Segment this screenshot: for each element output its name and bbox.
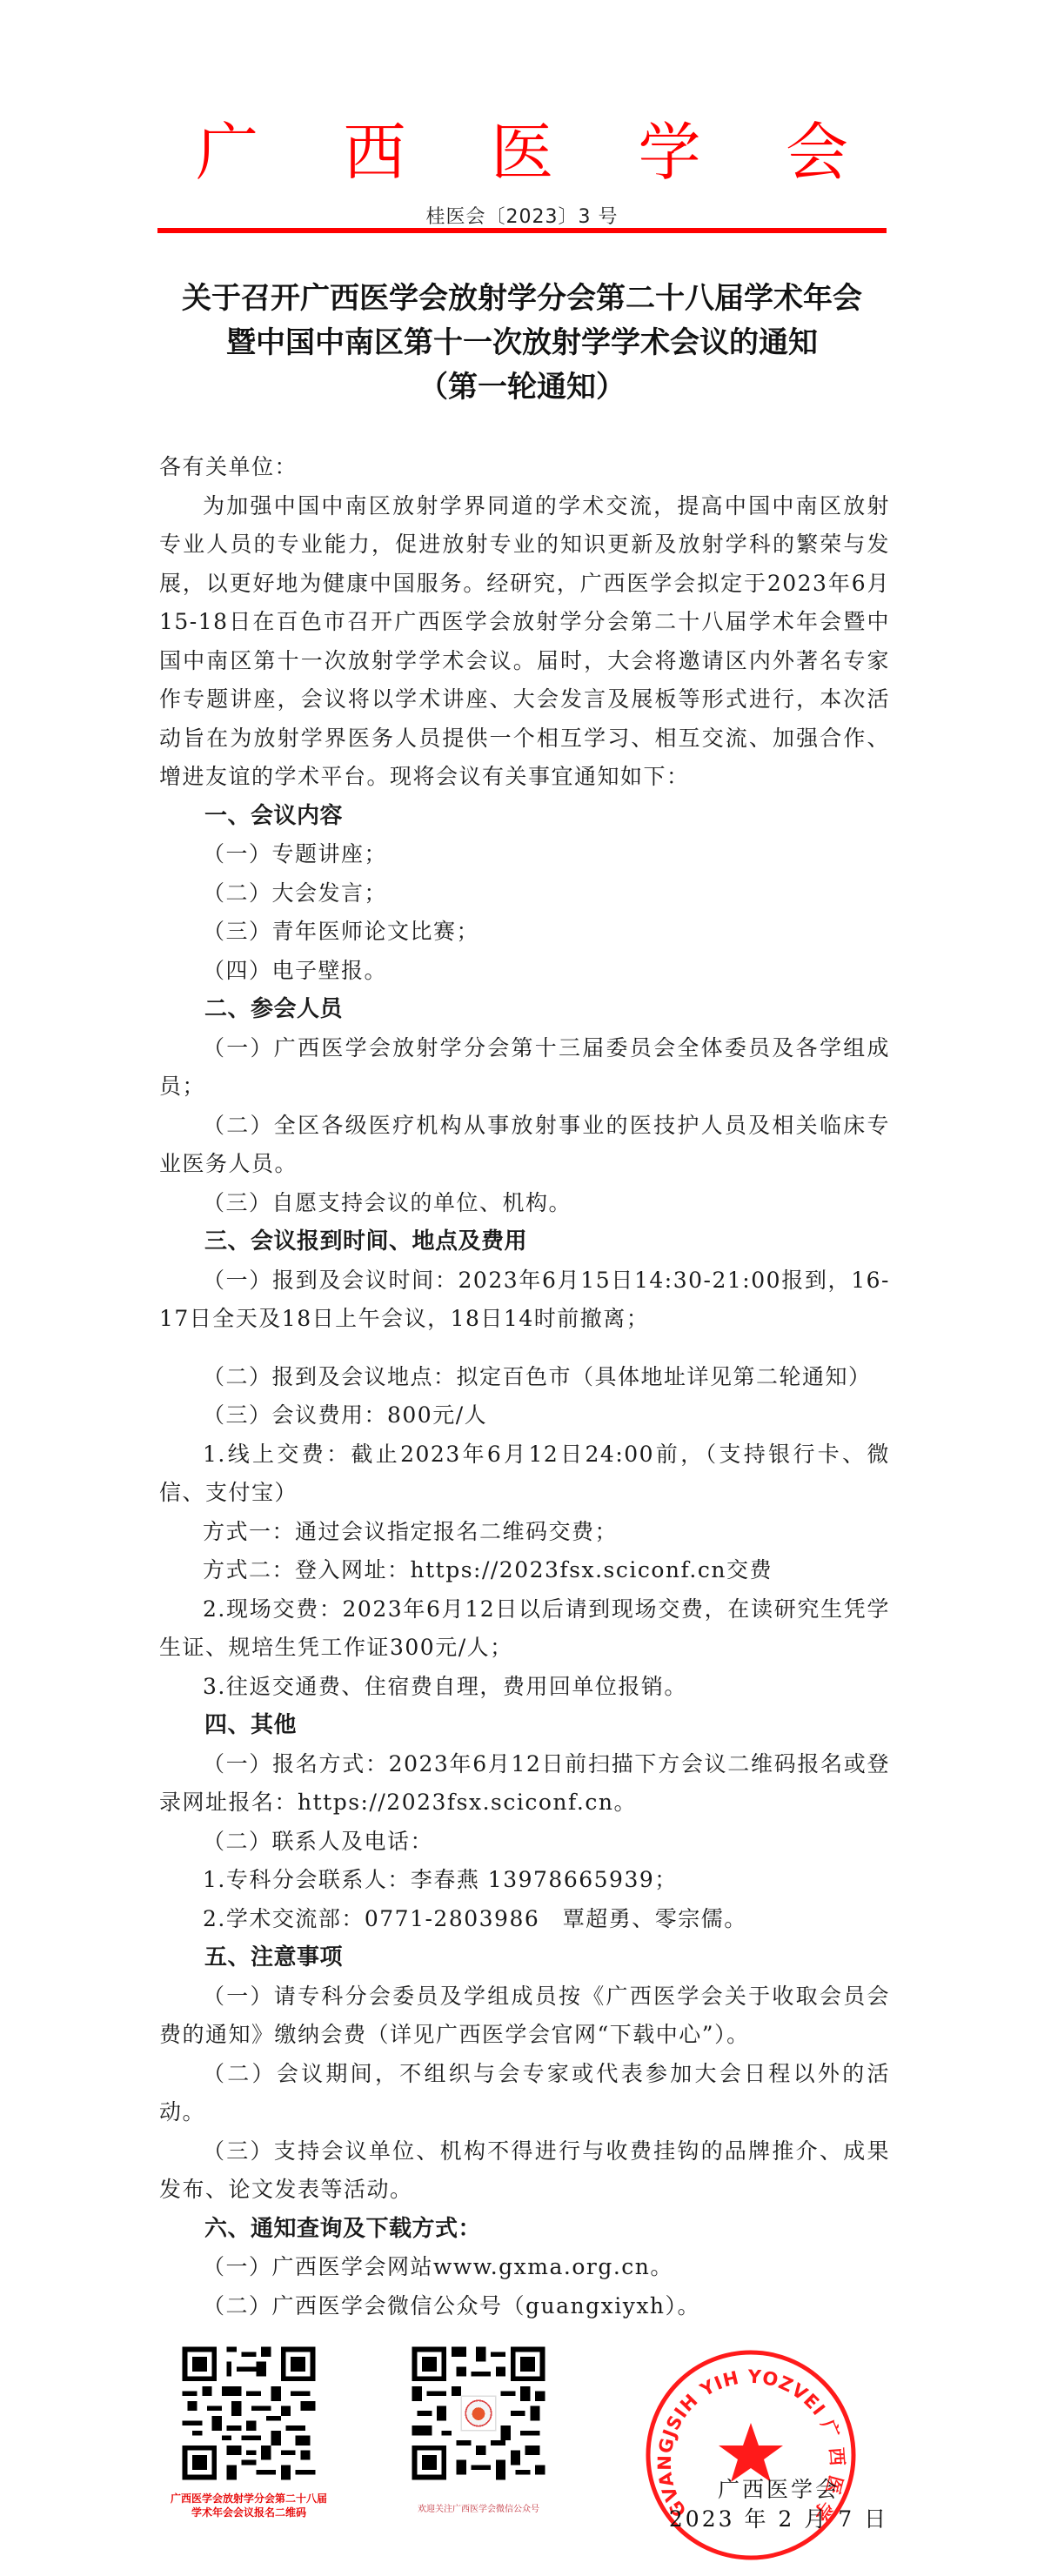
payment-url-line[interactable]: 方式二：登入网址：https://2023fsx.sciconf.cn交费	[159, 1551, 890, 1590]
section-heading-4: 四、其他	[159, 1706, 890, 1745]
section-2-item: （一）广西医学会放射学分会第十三届委员会全体委员及各学组成员；	[159, 1029, 890, 1107]
contact-line: 1.专科分会联系人：李春燕 13978665939；	[159, 1861, 890, 1900]
section-5-item: （二）会议期间，不组织与会专家或代表参加大会日程以外的活动。	[159, 2055, 890, 2132]
section-4-item: （二）联系人及电话：	[159, 1823, 890, 1862]
section-heading-6: 六、通知查询及下载方式：	[159, 2210, 890, 2249]
masthead-char: 西	[343, 121, 405, 184]
section-2-item: （三）自愿支持会议的单位、机构。	[159, 1184, 890, 1223]
section-1-item: （一）专题讲座；	[159, 835, 890, 874]
notice-document: 广 西 医 学 会 桂医会〔2023〕3 号 关于召开广西医学会放射学分会第二十…	[0, 0, 1044, 2576]
masthead-char: 医	[491, 121, 553, 184]
signature-block: 广西医学会 2023 年 2 月 7 日	[661, 2475, 896, 2534]
qr-code-icon	[177, 2342, 320, 2485]
section-3-item: 2.现场交费：2023年6月12日以后请到现场交费，在读研究生凭学生证、规培生凭…	[159, 1590, 890, 1668]
masthead-char: 广	[196, 121, 258, 184]
masthead-org-name: 广 西 医 学 会	[157, 109, 887, 196]
section-3-item: 1.线上交费：截止2023年6月12日24:00前，（支持银行卡、微信、支付宝）	[159, 1435, 890, 1513]
section-heading-2: 二、参会人员	[159, 990, 890, 1029]
section-3-item: （二）报到及会议地点：拟定百色市（具体地址详见第二轮通知）	[159, 1358, 890, 1397]
section-heading-1: 一、会议内容	[159, 797, 890, 836]
section-3-item: 方式一：通过会议指定报名二维码交费；	[159, 1513, 890, 1552]
wechat-qr-caption: 欢迎关注广西医学会微信公众号	[396, 2504, 561, 2516]
section-2-item: （二）全区各级医疗机构从事放射事业的医技护人员及相关临床专业医务人员。	[159, 1107, 890, 1184]
notice-title: 关于召开广西医学会放射学分会第二十八届学术年会 暨中国中南区第十一次放射学学术会…	[0, 277, 1044, 410]
website-link-line[interactable]: （一）广西医学会网站www.gxma.org.cn。	[159, 2248, 890, 2287]
section-3-item: （三）会议费用：800元/人	[159, 1396, 890, 1435]
registration-url-line[interactable]: （一）报名方式：2023年6月12日前扫描下方会议二维码报名或登录网址报名：ht…	[159, 1745, 890, 1823]
caption-line: 广西医学会放射学分会第二十八届	[157, 2492, 340, 2506]
registration-qr-caption: 广西医学会放射学分会第二十八届 学术年会会议报名二维码	[157, 2492, 340, 2519]
section-5-item: （一）请专科分会委员及学组成员按《广西医学会关于收取会员会费的通知》缴纳会费（详…	[159, 1977, 890, 2055]
wechat-qr-block: 欢迎关注广西医学会微信公众号	[396, 2342, 561, 2516]
masthead-char: 学	[638, 121, 700, 184]
intro-paragraph: 为加强中国中南区放射学界同道的学术交流，提高中国中南区放射专业人员的专业能力，促…	[159, 487, 890, 797]
section-3-item: 3.往返交通费、住宿费自理，费用回单位报销。	[159, 1668, 890, 1707]
wechat-account-line: （二）广西医学会微信公众号（guangxiyxh）。	[159, 2287, 890, 2326]
section-heading-3: 三、会议报到时间、地点及费用	[159, 1222, 890, 1261]
qr-code-icon	[407, 2342, 550, 2485]
salutation: 各有关单位：	[159, 448, 890, 487]
title-line-1: 关于召开广西医学会放射学分会第二十八届学术年会	[0, 277, 1044, 321]
signature-org: 广西医学会	[661, 2475, 896, 2505]
section-1-item: （二）大会发言；	[159, 874, 890, 913]
title-line-3: （第一轮通知）	[0, 365, 1044, 410]
section-1-item: （三）青年医师论文比赛；	[159, 913, 890, 952]
contact-line: 2.学术交流部：0771-2803986 覃超勇、零宗儒。	[159, 1900, 890, 1939]
section-5-item: （三）支持会议单位、机构不得进行与收费挂钩的品牌推介、成果发布、论文发表等活动。	[159, 2132, 890, 2210]
registration-qr-block: 广西医学会放射学分会第二十八届 学术年会会议报名二维码	[157, 2342, 340, 2519]
notice-body: 各有关单位： 为加强中国中南区放射学界同道的学术交流，提高中国中南区放射专业人员…	[159, 448, 890, 2325]
document-number: 桂医会〔2023〕3 号	[0, 202, 1044, 229]
masthead-char: 会	[786, 121, 848, 184]
red-divider	[157, 228, 887, 233]
section-heading-5: 五、注意事项	[159, 1938, 890, 1977]
section-1-item: （四）电子壁报。	[159, 952, 890, 991]
signature-date: 2023 年 2 月 7 日	[661, 2505, 896, 2534]
section-3-item: （一）报到及会议时间：2023年6月15日14:30-21:00报到，16-17…	[159, 1261, 890, 1339]
spacer	[159, 1339, 890, 1358]
title-line-2: 暨中国中南区第十一次放射学学术会议的通知	[0, 321, 1044, 365]
caption-line: 学术年会会议报名二维码	[157, 2506, 340, 2519]
